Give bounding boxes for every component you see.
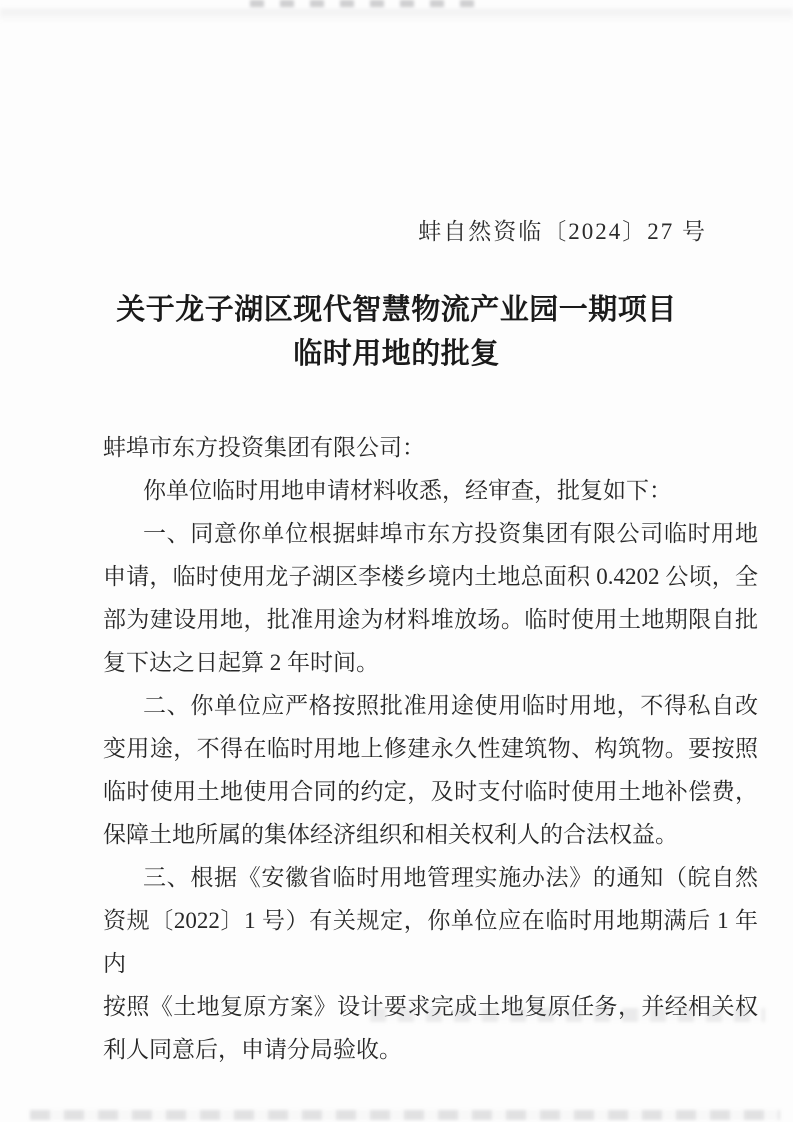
paragraph-2-line: 变用途，不得在临时用地上修建永久性建筑物、构筑物。要按照	[103, 727, 758, 770]
scan-artifact-top-marks	[250, 0, 480, 7]
scan-artifact-top-band	[0, 9, 793, 21]
paragraph-2-line: 保障土地所属的集体经济组织和相关权利人的合法权益。	[103, 813, 758, 856]
scanned-document-page: 蚌自然资临〔2024〕27 号 关于龙子湖区现代智慧物流产业园一期项目 临时用地…	[0, 0, 793, 1122]
title-line-2: 临时用地的批复	[0, 332, 793, 376]
paragraph-3-line: 利人同意后，申请分局验收。	[103, 1028, 758, 1071]
paragraph-2-line: 二、你单位应严格按照批准用途使用临时用地，不得私自改	[103, 684, 758, 727]
document-number: 蚌自然资临〔2024〕27 号	[418, 213, 707, 246]
paragraph-3-line: 三、根据《安徽省临时用地管理实施办法》的通知（皖自然	[103, 856, 758, 899]
document-title: 关于龙子湖区现代智慧物流产业园一期项目 临时用地的批复	[0, 288, 793, 376]
paragraph-1-line: 申请，临时使用龙子湖区李楼乡境内土地总面积 0.4202 公顷，全	[103, 555, 758, 598]
paragraph-1-line: 部为建设用地，批准用途为材料堆放场。临时使用土地期限自批	[103, 598, 758, 641]
salutation: 蚌埠市东方投资集团有限公司：	[103, 426, 758, 469]
intro-line: 你单位临时用地申请材料收悉，经审查，批复如下：	[103, 469, 758, 512]
paragraph-3-line: 按照《土地复原方案》设计要求完成土地复原任务，并经相关权	[103, 985, 758, 1028]
paragraph-1-line: 一、同意你单位根据蚌埠市东方投资集团有限公司临时用地	[103, 512, 758, 555]
document-body: 蚌埠市东方投资集团有限公司： 你单位临时用地申请材料收悉，经审查，批复如下： 一…	[103, 426, 758, 1071]
paragraph-1-line: 复下达之日起算 2 年时间。	[103, 641, 758, 684]
title-line-1: 关于龙子湖区现代智慧物流产业园一期项目	[0, 288, 793, 332]
scan-artifact-bottom-band	[30, 1110, 780, 1120]
paragraph-3-line: 资规〔2022〕1 号）有关规定，你单位应在临时用地期满后 1 年内	[103, 899, 758, 985]
paragraph-2-line: 临时使用土地使用合同的约定，及时支付临时使用土地补偿费，	[103, 770, 758, 813]
